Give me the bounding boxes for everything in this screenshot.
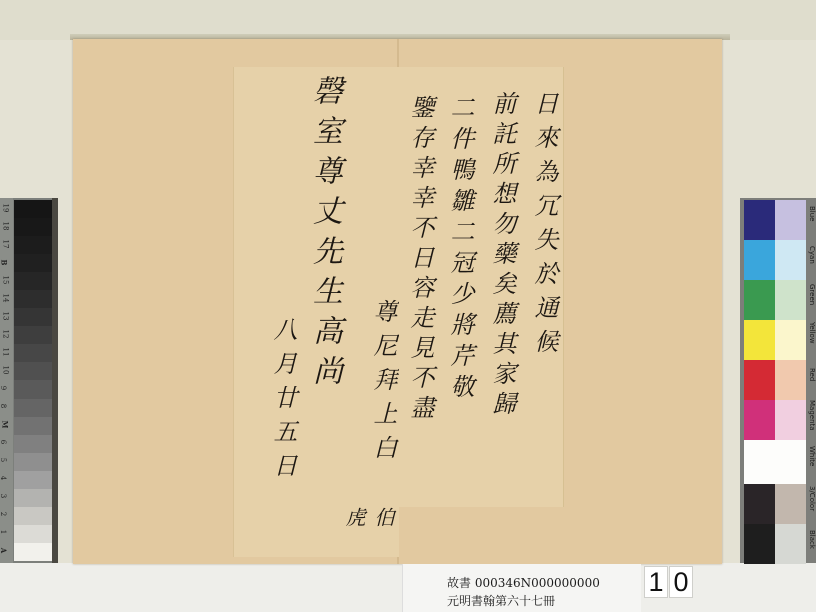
- gray-patch: [14, 380, 52, 398]
- gray-label: 11: [1, 348, 9, 357]
- gray-label: A: [0, 548, 8, 553]
- color-patch-row-red: [744, 360, 806, 400]
- gray-patch: [14, 362, 52, 380]
- gray-patch: [14, 272, 52, 290]
- gray-label: B: [0, 260, 8, 266]
- grayscale-patches: [14, 200, 52, 561]
- color-patch-row-white: [744, 440, 806, 484]
- page-number-digit: 1: [644, 566, 668, 598]
- gray-label: 6: [0, 440, 7, 444]
- color-label: Blue: [806, 206, 816, 222]
- gray-patch: [14, 290, 52, 308]
- gray-label: 4: [0, 476, 7, 480]
- gray-patch: [14, 326, 52, 344]
- letter-column: 二件鴨雛二冠少將芹敬: [443, 95, 478, 405]
- gray-patch: [14, 344, 52, 362]
- gray-label: 13: [1, 312, 9, 321]
- album-spread: 尊尼拜上白 磬室尊丈先生高尚 伯虎 八月廿五日 日來為冗失於通候 前託所想勿藥矣…: [73, 39, 722, 564]
- color-patch-row-green: [744, 280, 806, 320]
- color-patch-row-3color: [744, 484, 806, 524]
- gray-label: 10: [1, 366, 9, 375]
- grayscale-card-edge: [52, 198, 58, 563]
- gray-label: 19: [1, 204, 9, 213]
- gray-patch: [14, 525, 52, 543]
- color-label: Red: [806, 368, 816, 381]
- color-patch-row-yellow: [744, 320, 806, 360]
- color-patch-row-blue: [744, 200, 806, 240]
- letter-signature: 伯虎: [340, 507, 398, 557]
- catalog-id: 故書 000346N000000000: [447, 574, 600, 591]
- color-label: White: [806, 446, 816, 466]
- letter-leaf-right: 日來為冗失於通候 前託所想勿藥矣薦其家歸 二件鴨雛二冠少將芹敬 鑒存幸幸不日容走…: [399, 67, 564, 507]
- gray-label: 8: [0, 404, 7, 408]
- gray-patch: [14, 543, 52, 561]
- gray-label: M: [0, 421, 9, 429]
- gray-label: 18: [1, 222, 9, 231]
- letter-leaf-left: 尊尼拜上白 磬室尊丈先生高尚 伯虎 八月廿五日: [233, 67, 399, 557]
- letter-column: 鑒存幸幸不日容走見不盡: [403, 95, 438, 425]
- gray-patch: [14, 200, 52, 218]
- gray-label: 14: [1, 294, 9, 303]
- page-number-digit: 0: [669, 566, 693, 598]
- gray-patch: [14, 489, 52, 507]
- color-label: 3/Color: [806, 486, 816, 511]
- gray-patch: [14, 236, 52, 254]
- gray-patch: [14, 453, 52, 471]
- color-label: Yellow: [806, 322, 816, 344]
- catalog-volume-title: 元明書翰第六十七冊: [447, 592, 555, 609]
- gray-patch: [14, 399, 52, 417]
- color-calibration-card: Blue Cyan Green Yellow Red Magenta White…: [740, 198, 816, 563]
- gray-label: 17: [1, 240, 9, 249]
- gray-patch: [14, 254, 52, 272]
- color-patch-row-black: [744, 524, 806, 564]
- catalog-caption-label: 故書 000346N000000000 元明書翰第六十七冊: [402, 564, 641, 612]
- letter-column: 尊尼拜上白: [366, 299, 401, 469]
- gray-patch: [14, 218, 52, 236]
- gray-label: 15: [1, 276, 9, 285]
- color-label: Cyan: [806, 246, 816, 264]
- gray-patch: [14, 471, 52, 489]
- gray-label: 5: [0, 458, 7, 462]
- color-patch-row-cyan: [744, 240, 806, 280]
- grayscale-labels: 19 18 17 B 15 14 13 12 11 10 9 8 M 6 5 4…: [0, 198, 13, 563]
- letter-column: 磬室尊丈先生高尚: [302, 75, 346, 395]
- letter-column: 日來為冗失於通候: [527, 91, 562, 363]
- gray-patch: [14, 308, 52, 326]
- gray-label: 12: [1, 330, 9, 339]
- gray-patch: [14, 417, 52, 435]
- color-label: Black: [806, 530, 816, 549]
- color-label: Green: [806, 284, 816, 305]
- color-patch-row-magenta: [744, 400, 806, 440]
- gray-label: 2: [0, 512, 7, 516]
- gray-label: 1: [0, 530, 7, 534]
- gray-label: 3: [0, 494, 7, 498]
- gray-patch: [14, 435, 52, 453]
- grayscale-calibration-card: 19 18 17 B 15 14 13 12 11 10 9 8 M 6 5 4…: [0, 198, 58, 563]
- color-label: Magenta: [806, 400, 816, 431]
- gray-patch: [14, 507, 52, 525]
- gray-label: 9: [0, 386, 7, 390]
- letter-column: 前託所想勿藥矣薦其家歸: [485, 91, 520, 421]
- letter-date: 八月廿五日: [266, 317, 301, 487]
